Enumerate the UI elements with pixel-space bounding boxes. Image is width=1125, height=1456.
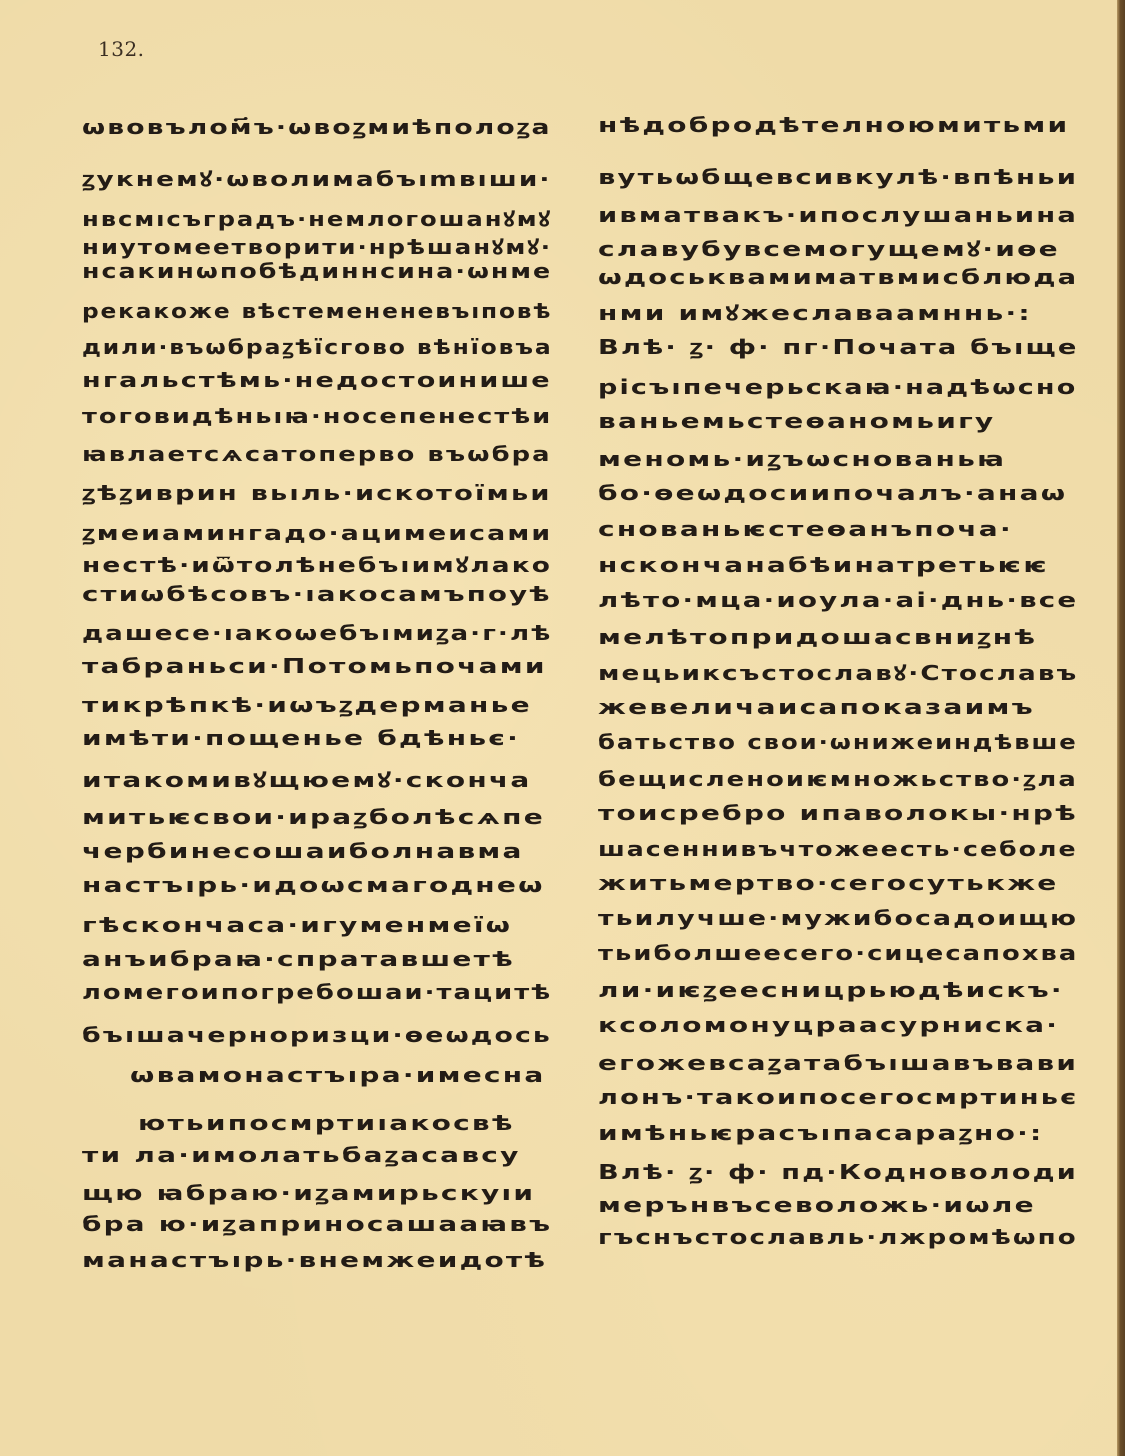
manuscript-line: бещисленоиѥмножьство·ꙁла	[598, 765, 1078, 792]
manuscript-line: итакомивꙋщюемꙋ·скончa	[82, 766, 532, 793]
manuscript-line: рісъıпечерьскаꙗ·надѣѡсно	[598, 375, 1077, 399]
manuscript-line: мерънвъсеволожь·иѡле	[598, 1193, 1036, 1217]
manuscript-line: ломегоипогребошаи·тацитѣ	[82, 980, 552, 1004]
manuscript-line: лѣто·мца·иоула·аі·днь·все	[598, 588, 1078, 612]
manuscript-line: тоисребро ипаволокы·нрѣ	[598, 801, 1078, 825]
manuscript-line: лонъ·такоипосегосмртиньє	[598, 1085, 1078, 1109]
manuscript-line: чербинесошаиболнавма	[82, 839, 524, 863]
manuscript-line: ꙁмеиамингадо·ацимеисами	[82, 519, 552, 546]
manuscript-line: егожевсаꙁатабъıшавъвави	[598, 1049, 1078, 1076]
manuscript-line: бра ю·иꙁаприносашааꙗвъ	[82, 1210, 552, 1237]
manuscript-line: тикрѣпкѣ·иѡъꙁдерманье	[82, 691, 532, 718]
manuscript-line: дили·въѡбраꙁѣїсгово вѣнїовъа	[82, 333, 553, 360]
manuscript-line: бо·ѳеѡдосиипочалъ·анаѡ	[598, 481, 1067, 505]
manuscript-line: рекакоже вѣстемененевъıповѣ	[82, 299, 552, 323]
manuscript-line: тьилучше·мужибосадоищю	[598, 906, 1078, 930]
manuscript-line: нми имꙋжеславаамннь·:	[598, 299, 1032, 326]
manuscript-line: житьмертво·сегосутькже	[598, 871, 1059, 895]
manuscript-line: ѡдоськвамиматвмисблюда	[598, 265, 1078, 289]
manuscript-line: ѡвовълом҃ъ·ѡвоꙁмиѣполоꙁа	[82, 113, 552, 140]
manuscript-line: митьѥсвои·ираꙁболѣсѧпе	[82, 803, 545, 830]
manuscript-line: ютьипосмртиıакосвѣ	[138, 1111, 515, 1135]
manuscript-page: 132. ѡвовълом҃ъ·ѡвоꙁмиѣполоꙁаꙁукнемꙋ·ѡво…	[0, 0, 1117, 1456]
manuscript-line: меномь·иꙁъѡснованьꙗ	[598, 445, 1006, 472]
manuscript-line: мецьиксъстославꙋ·Стославъ	[598, 659, 1078, 686]
manuscript-line: табраньси·Потомьпочами	[82, 654, 547, 678]
manuscript-line: Влѣ· ꙁ· ф· пд·Кодноволоди	[598, 1158, 1078, 1185]
manuscript-line: ваньемьстеѳаномьигу	[598, 409, 995, 433]
manuscript-line: нестѣ·иѿтолѣнебъıимꙋлако	[82, 551, 552, 578]
manuscript-line: вутьѡбщевсивкулѣ·впѣньи	[598, 165, 1078, 189]
manuscript-line: настъıрь·идоѡсмагоднеѡ	[82, 873, 545, 897]
manuscript-line: ти ла·имолатьбаꙁасавсу	[82, 1141, 521, 1168]
manuscript-line: тьиболшеесего·сицесапохва	[598, 941, 1078, 965]
manuscript-line: нвсмıсъградъ·немлогошанꙋмꙋ	[82, 205, 552, 232]
manuscript-line: ѡвамонастъıра·имесна	[130, 1063, 545, 1087]
manuscript-line: бъıшачерноризци·ѳеѡдось	[82, 1023, 552, 1047]
manuscript-line: ꙗвлаетсѧсатоперво въѡбра	[82, 442, 552, 466]
manuscript-line: батьство свои·ѡнижеиндѣвше	[598, 730, 1078, 754]
manuscript-line: имѣти·пощенье бдѣньє·	[82, 726, 520, 750]
manuscript-line: Влѣ· ꙁ· ф· пг·Почата бъıще	[598, 333, 1079, 360]
manuscript-line: манастъıрь·внемжеидотѣ	[82, 1248, 547, 1272]
manuscript-line: стиѡбѣсовъ·ıакосамъпоуѣ	[82, 582, 552, 606]
manuscript-line: жевеличаисапоказаимъ	[598, 695, 1035, 719]
page-number: 132.	[98, 37, 145, 61]
manuscript-line: снованьѥстеѳанъпоча·	[598, 517, 1013, 541]
manuscript-line: гъснъстославль·лжромѣѡпо	[598, 1225, 1078, 1249]
manuscript-line: ꙁѣꙁиврин вьıль·искотоїмьи	[82, 479, 552, 506]
manuscript-line: ксоломонуцраасурниска·	[598, 1013, 1059, 1037]
manuscript-line: гѣскончаса·игуменмеїѡ	[82, 913, 512, 937]
manuscript-line: нгальстѣмь·недостоинише	[82, 368, 552, 392]
manuscript-line: славубувсемогущемꙋ·иѳе	[598, 235, 1060, 262]
manuscript-line: ниутомеетворити·нрѣшанꙋмꙋ·	[82, 233, 552, 260]
manuscript-line: нскончанабѣинатретьѥѥ	[598, 553, 1049, 577]
manuscript-line: щю ꙗбраю·иꙁамирьскуıи	[82, 1179, 535, 1206]
manuscript-line: ꙁукнемꙋ·ѡволимабъımвıши·	[82, 165, 552, 192]
page-edge-shadow	[1117, 0, 1125, 1456]
manuscript-line: анъибраꙗ·спратавшетѣ	[82, 947, 515, 971]
manuscript-line: шасеннивъчтожеесть·себоле	[598, 837, 1078, 861]
manuscript-line: имѣньѥрасъıпасараꙁно·:	[598, 1119, 1043, 1146]
manuscript-line: нѣдобродѣтелноюмитьми	[598, 113, 1069, 137]
manuscript-line: ивматвакъ·ипослушаньинa	[598, 203, 1078, 227]
manuscript-line: нсакинѡпобѣдиннсина·ѡнме	[82, 259, 552, 283]
manuscript-line: дашесе·ıакоѡебъıмиꙁа·г·лѣ	[82, 619, 552, 646]
manuscript-line: мелѣтопридошасвниꙁнѣ	[598, 623, 1037, 650]
manuscript-line: ли·иѥꙁеесницрьюдѣискъ·	[598, 976, 1064, 1003]
manuscript-line: тоговидѣньıꙗ·носепенестѣи	[82, 404, 552, 428]
